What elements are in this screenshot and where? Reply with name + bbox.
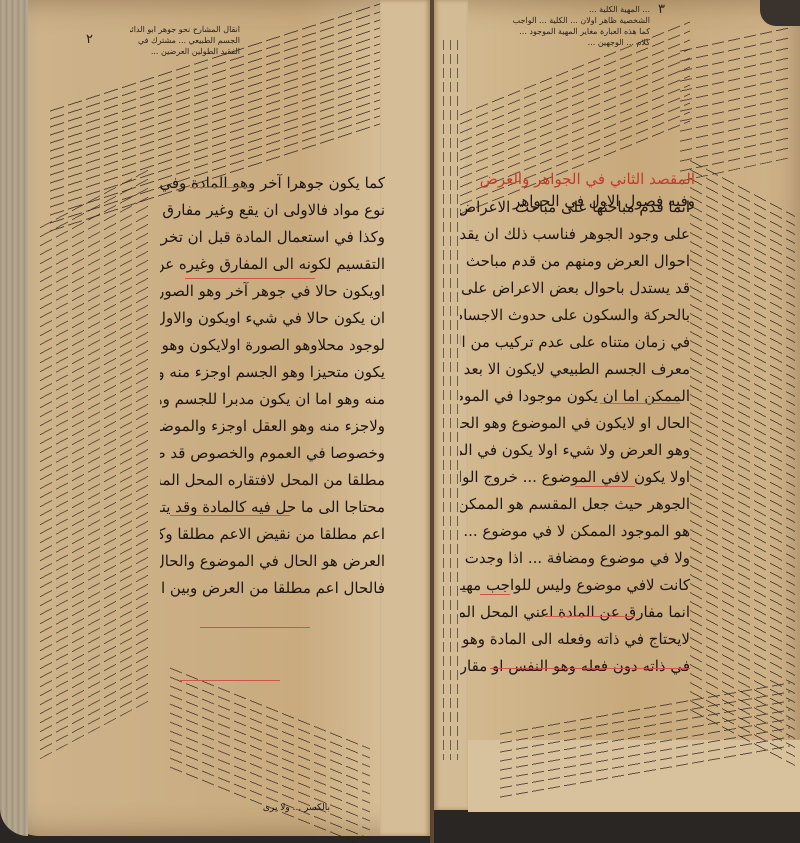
text-line: نوع مواد فالاولى ان يقع وغير مفارق بل قو… [160,197,385,224]
text-line: انما قدم مباحثها على مباحث الاعراض لان و… [460,194,690,221]
page-stack-edge [0,0,28,836]
text-line: انما مفارق عن المادة اعني المحل المقوم ب… [460,599,690,626]
rubric-overline [185,278,315,279]
text-line: في زمان متناه على عدم تركيب من الجواهر ا… [460,329,690,356]
text-line: وكذا في استعمال المادة قبل ان تخرج من ال… [160,224,385,251]
left-binding-strip [380,0,430,836]
gloss-line: الشخصية ظاهر اولان ... الكلية ... الواجب [450,15,650,26]
right-main-text: انما قدم مباحثها على مباحث الاعراض لان و… [460,194,690,680]
text-line: اعم مطلقا من نقيض الاعم مطلقا وكذا الحال… [160,521,385,548]
text-line: احوال العرض ومنهم من قدم مباحث الاعراض ن… [460,248,690,275]
right-folio-number: ٣ [658,2,665,17]
chapter-heading: المقصد الثاني في الجواهر والعرض [480,170,695,188]
text-line: التقسيم لكونه الى المفارق وغيره عن تقسيم… [160,251,385,278]
rubric-overline [575,486,635,487]
text-line: الحال او لايكون في الموضوع وهو الحلول في… [460,410,690,437]
text-line: لوجود محلاوهو الصورة اولايكون وهو العرض … [160,332,385,359]
text-line: منه وهو اما ان يكون مدبرا للجسم وهو النف… [160,386,385,413]
gloss-line: كما هذه العبارة مغاير المهية الموجود ... [450,26,650,37]
text-line: اويكون حالا في جوهر آخر وهو الصورة او مر… [160,278,385,305]
text-line: الممكن اما ان يكون موجودا في الموضوع وهو… [460,383,690,410]
text-line: فالحال اعم مطلقا من العرض وبين العرض وال… [160,575,385,602]
text-line: على وجود الجوهر فناسب ذلك ان يقدم بيان ا… [460,221,690,248]
gloss-line: ... المهية الكلية ... [450,4,650,15]
text-line: وخصوصا في العموم والخصوص قد ظهر مما ذكر … [160,440,385,467]
text-line: كما يكون جوهرا آخر وهو المادة وفي جعل ال… [160,170,385,197]
gloss-line: الجسم الطبيعي ... مشترك في [130,35,240,46]
rubric-overline [180,680,280,681]
rubric-overline [190,187,250,188]
text-line: يكون متحيزا وهو الجسم اوجزء منه وهو الهي… [160,359,385,386]
text-line: ان يكون حالا في شيء اويكون والاول امان ي… [160,305,385,332]
rubric-overline [170,515,290,516]
rubric-overline [200,627,310,628]
left-main-text: كما يكون جوهرا آخر وهو المادة وفي جعل ال… [160,170,385,602]
left-margin-gloss-outer [40,161,150,759]
text-line: ولاجزء منه وهو العقل اوجزء والموضوع والم… [160,413,385,440]
rubric-overline [490,668,690,669]
text-line: لايحتاج في ذاته وفعله الى المادة وهو الع… [460,626,690,653]
text-line: العرض هو الحال في الموضوع والحال قد يكون… [160,548,385,575]
text-line: محتاجا الى ما حل فيه كالمادة وقد يتبين م… [160,494,385,521]
left-bottom-signature: بالكسر ... ولا يرى [230,803,330,813]
text-line: الجوهر حيث جعل المقسم هو الممكن ... قطعا [460,491,690,518]
left-folio-number: ٢ [86,32,93,47]
text-line: في ذاته دون فعله وهو النفس او مقارن ... … [460,653,690,680]
right-inner-margin-gloss [437,40,459,760]
text-line: بالحركة والسكون على حدوث الاجسام وتقضى ا… [460,302,690,329]
gloss-line: انقال المشارح نحو جوهر ابو الدائرة التطع… [130,24,240,35]
text-line: ولا في موضوع ومضافة ... اذا وجدت [460,545,690,572]
text-line: مطلقا من المحل لافتقاره المحل المستغني ع… [160,467,385,494]
rubric-overline [545,616,635,617]
rubric-overline [600,403,680,404]
text-line: هو الموجود الممكن لا في موضوع ... [460,518,690,545]
text-line: وهو العرض ولا شيء اولا يكون في الموضوع و… [460,437,690,464]
text-line: معرف الجسم الطبيعي لايكون الا بعد معرفة … [460,356,690,383]
rubric-overline [480,594,510,595]
text-line: قد يستدل باحوال بعض الاعراض على احوال ال… [460,275,690,302]
